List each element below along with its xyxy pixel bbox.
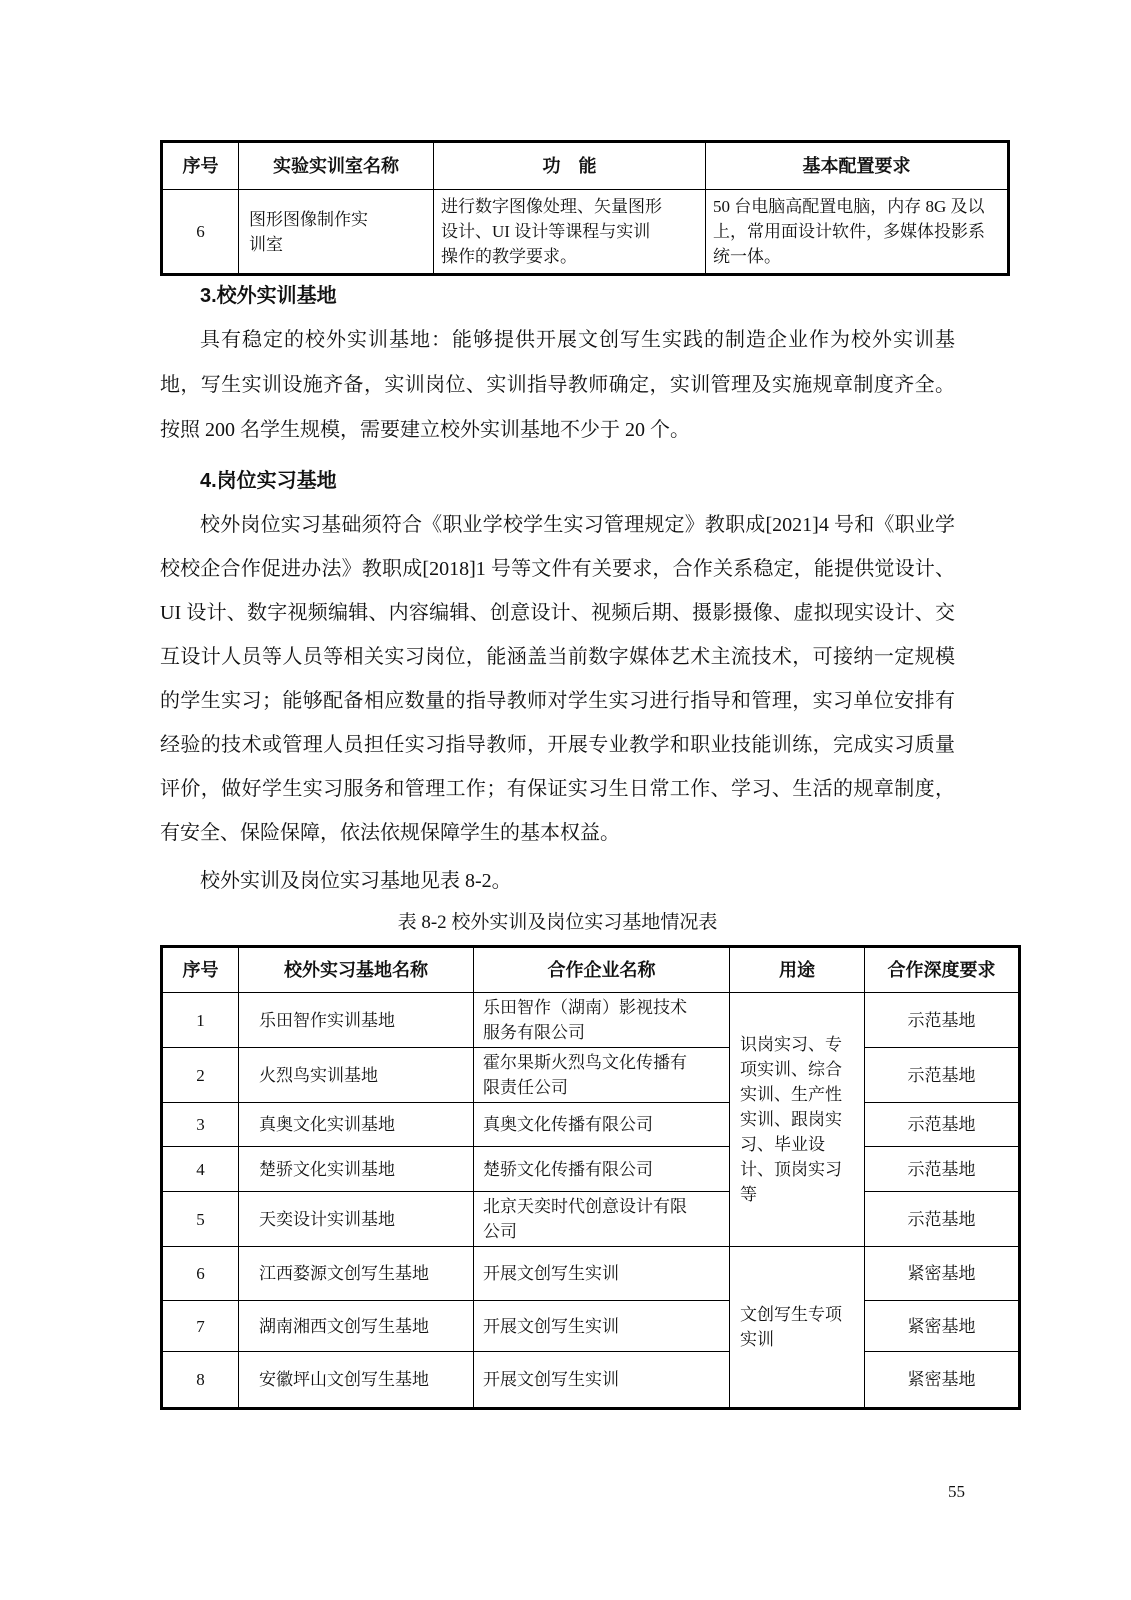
cell-base: 火烈鸟实训基地 (239, 1048, 474, 1103)
cell-purpose-merged: 文创写生专项实训 (730, 1247, 865, 1409)
cell-serial: 8 (162, 1352, 239, 1409)
cell-depth: 紧密基地 (865, 1301, 1020, 1352)
cell-depth: 示范基地 (865, 1103, 1020, 1147)
table-row: 6 图形图像制作实训室 进行数字图像处理、矢量图形设计、UI 设计等课程与实训操… (162, 190, 1009, 275)
cell-serial: 6 (162, 190, 239, 275)
table-row: 2 火烈鸟实训基地 霍尔果斯火烈鸟文化传播有限责任公司 示范基地 (162, 1048, 1020, 1103)
cell-serial: 7 (162, 1301, 239, 1352)
document-page: 序号 实验实训室名称 功 能 基本配置要求 6 图形图像制作实训室 进行数字图像… (160, 140, 955, 1410)
cell-base: 安徽坪山文创写生基地 (239, 1352, 474, 1409)
cell-serial: 5 (162, 1192, 239, 1247)
table-reference-line: 校外实训及岗位实习基地见表 8-2。 (160, 859, 955, 903)
cell-company: 楚骄文化传播有限公司 (474, 1147, 730, 1192)
header-serial: 序号 (162, 947, 239, 993)
header-serial: 序号 (162, 142, 239, 190)
cell-base: 湖南湘西文创写生基地 (239, 1301, 474, 1352)
cell-company: 真奥文化传播有限公司 (474, 1103, 730, 1147)
cell-depth: 示范基地 (865, 1048, 1020, 1103)
cell-serial: 4 (162, 1147, 239, 1192)
cell-company: 霍尔果斯火烈鸟文化传播有限责任公司 (474, 1048, 730, 1103)
cell-purpose-merged: 识岗实习、专项实训、综合实训、生产性实训、跟岗实习、毕业设计、顶岗实习等 (730, 993, 865, 1247)
header-depth: 合作深度要求 (865, 947, 1020, 993)
cell-company: 开展文创写生实训 (474, 1352, 730, 1409)
cell-depth: 示范基地 (865, 1192, 1020, 1247)
cell-base: 天奕设计实训基地 (239, 1192, 474, 1247)
cell-depth: 紧密基地 (865, 1352, 1020, 1409)
cell-serial: 3 (162, 1103, 239, 1147)
table-header-row: 序号 校外实习基地名称 合作企业名称 用途 合作深度要求 (162, 947, 1020, 993)
cell-serial: 2 (162, 1048, 239, 1103)
facility-table: 序号 实验实训室名称 功 能 基本配置要求 6 图形图像制作实训室 进行数字图像… (160, 140, 1010, 276)
table-row: 5 天奕设计实训基地 北京天奕时代创意设计有限公司 示范基地 (162, 1192, 1020, 1247)
header-config: 基本配置要求 (706, 142, 1009, 190)
header-base-name: 校外实习基地名称 (239, 947, 474, 993)
table-row: 1 乐田智作实训基地 乐田智作（湖南）影视技术服务有限公司 识岗实习、专项实训、… (162, 993, 1020, 1048)
header-company-name: 合作企业名称 (474, 947, 730, 993)
table-row: 6 江西婺源文创写生基地 开展文创写生实训 文创写生专项实训 紧密基地 (162, 1247, 1020, 1301)
cell-company: 北京天奕时代创意设计有限公司 (474, 1192, 730, 1247)
table-row: 8 安徽坪山文创写生基地 开展文创写生实训 紧密基地 (162, 1352, 1020, 1409)
page-number: 55 (948, 1482, 965, 1502)
section-4-paragraph: 校外岗位实习基础须符合《职业学校学生实习管理规定》教职成[2021]4 号和《职… (160, 503, 955, 855)
section-heading-3: 3.校外实训基地 (160, 282, 955, 310)
cell-depth: 紧密基地 (865, 1247, 1020, 1301)
cell-serial: 1 (162, 993, 239, 1048)
header-room-name: 实验实训室名称 (239, 142, 434, 190)
header-function: 功 能 (434, 142, 706, 190)
cell-room-name: 图形图像制作实训室 (239, 190, 434, 275)
table-caption: 表 8-2 校外实训及岗位实习基地情况表 (160, 909, 955, 937)
section-3-paragraph: 具有稳定的校外实训基地：能够提供开展文创写生实践的制造企业作为校外实训基地，写生… (160, 318, 955, 453)
table-row: 7 湖南湘西文创写生基地 开展文创写生实训 紧密基地 (162, 1301, 1020, 1352)
cell-config: 50 台电脑高配置电脑，内存 8G 及以上，常用面设计软件，多媒体投影系统一体。 (706, 190, 1009, 275)
table-header-row: 序号 实验实训室名称 功 能 基本配置要求 (162, 142, 1009, 190)
table-row: 3 真奥文化实训基地 真奥文化传播有限公司 示范基地 (162, 1103, 1020, 1147)
cell-base: 真奥文化实训基地 (239, 1103, 474, 1147)
cell-base: 江西婺源文创写生基地 (239, 1247, 474, 1301)
section-heading-4: 4.岗位实习基地 (160, 467, 955, 495)
cell-function: 进行数字图像处理、矢量图形设计、UI 设计等课程与实训操作的教学要求。 (434, 190, 706, 275)
cell-depth: 示范基地 (865, 993, 1020, 1048)
cell-company: 乐田智作（湖南）影视技术服务有限公司 (474, 993, 730, 1048)
cell-base: 乐田智作实训基地 (239, 993, 474, 1048)
cell-base: 楚骄文化实训基地 (239, 1147, 474, 1192)
base-table: 序号 校外实习基地名称 合作企业名称 用途 合作深度要求 1 乐田智作实训基地 … (160, 945, 1021, 1410)
cell-company: 开展文创写生实训 (474, 1301, 730, 1352)
cell-company: 开展文创写生实训 (474, 1247, 730, 1301)
cell-depth: 示范基地 (865, 1147, 1020, 1192)
header-purpose: 用途 (730, 947, 865, 993)
cell-serial: 6 (162, 1247, 239, 1301)
table-row: 4 楚骄文化实训基地 楚骄文化传播有限公司 示范基地 (162, 1147, 1020, 1192)
